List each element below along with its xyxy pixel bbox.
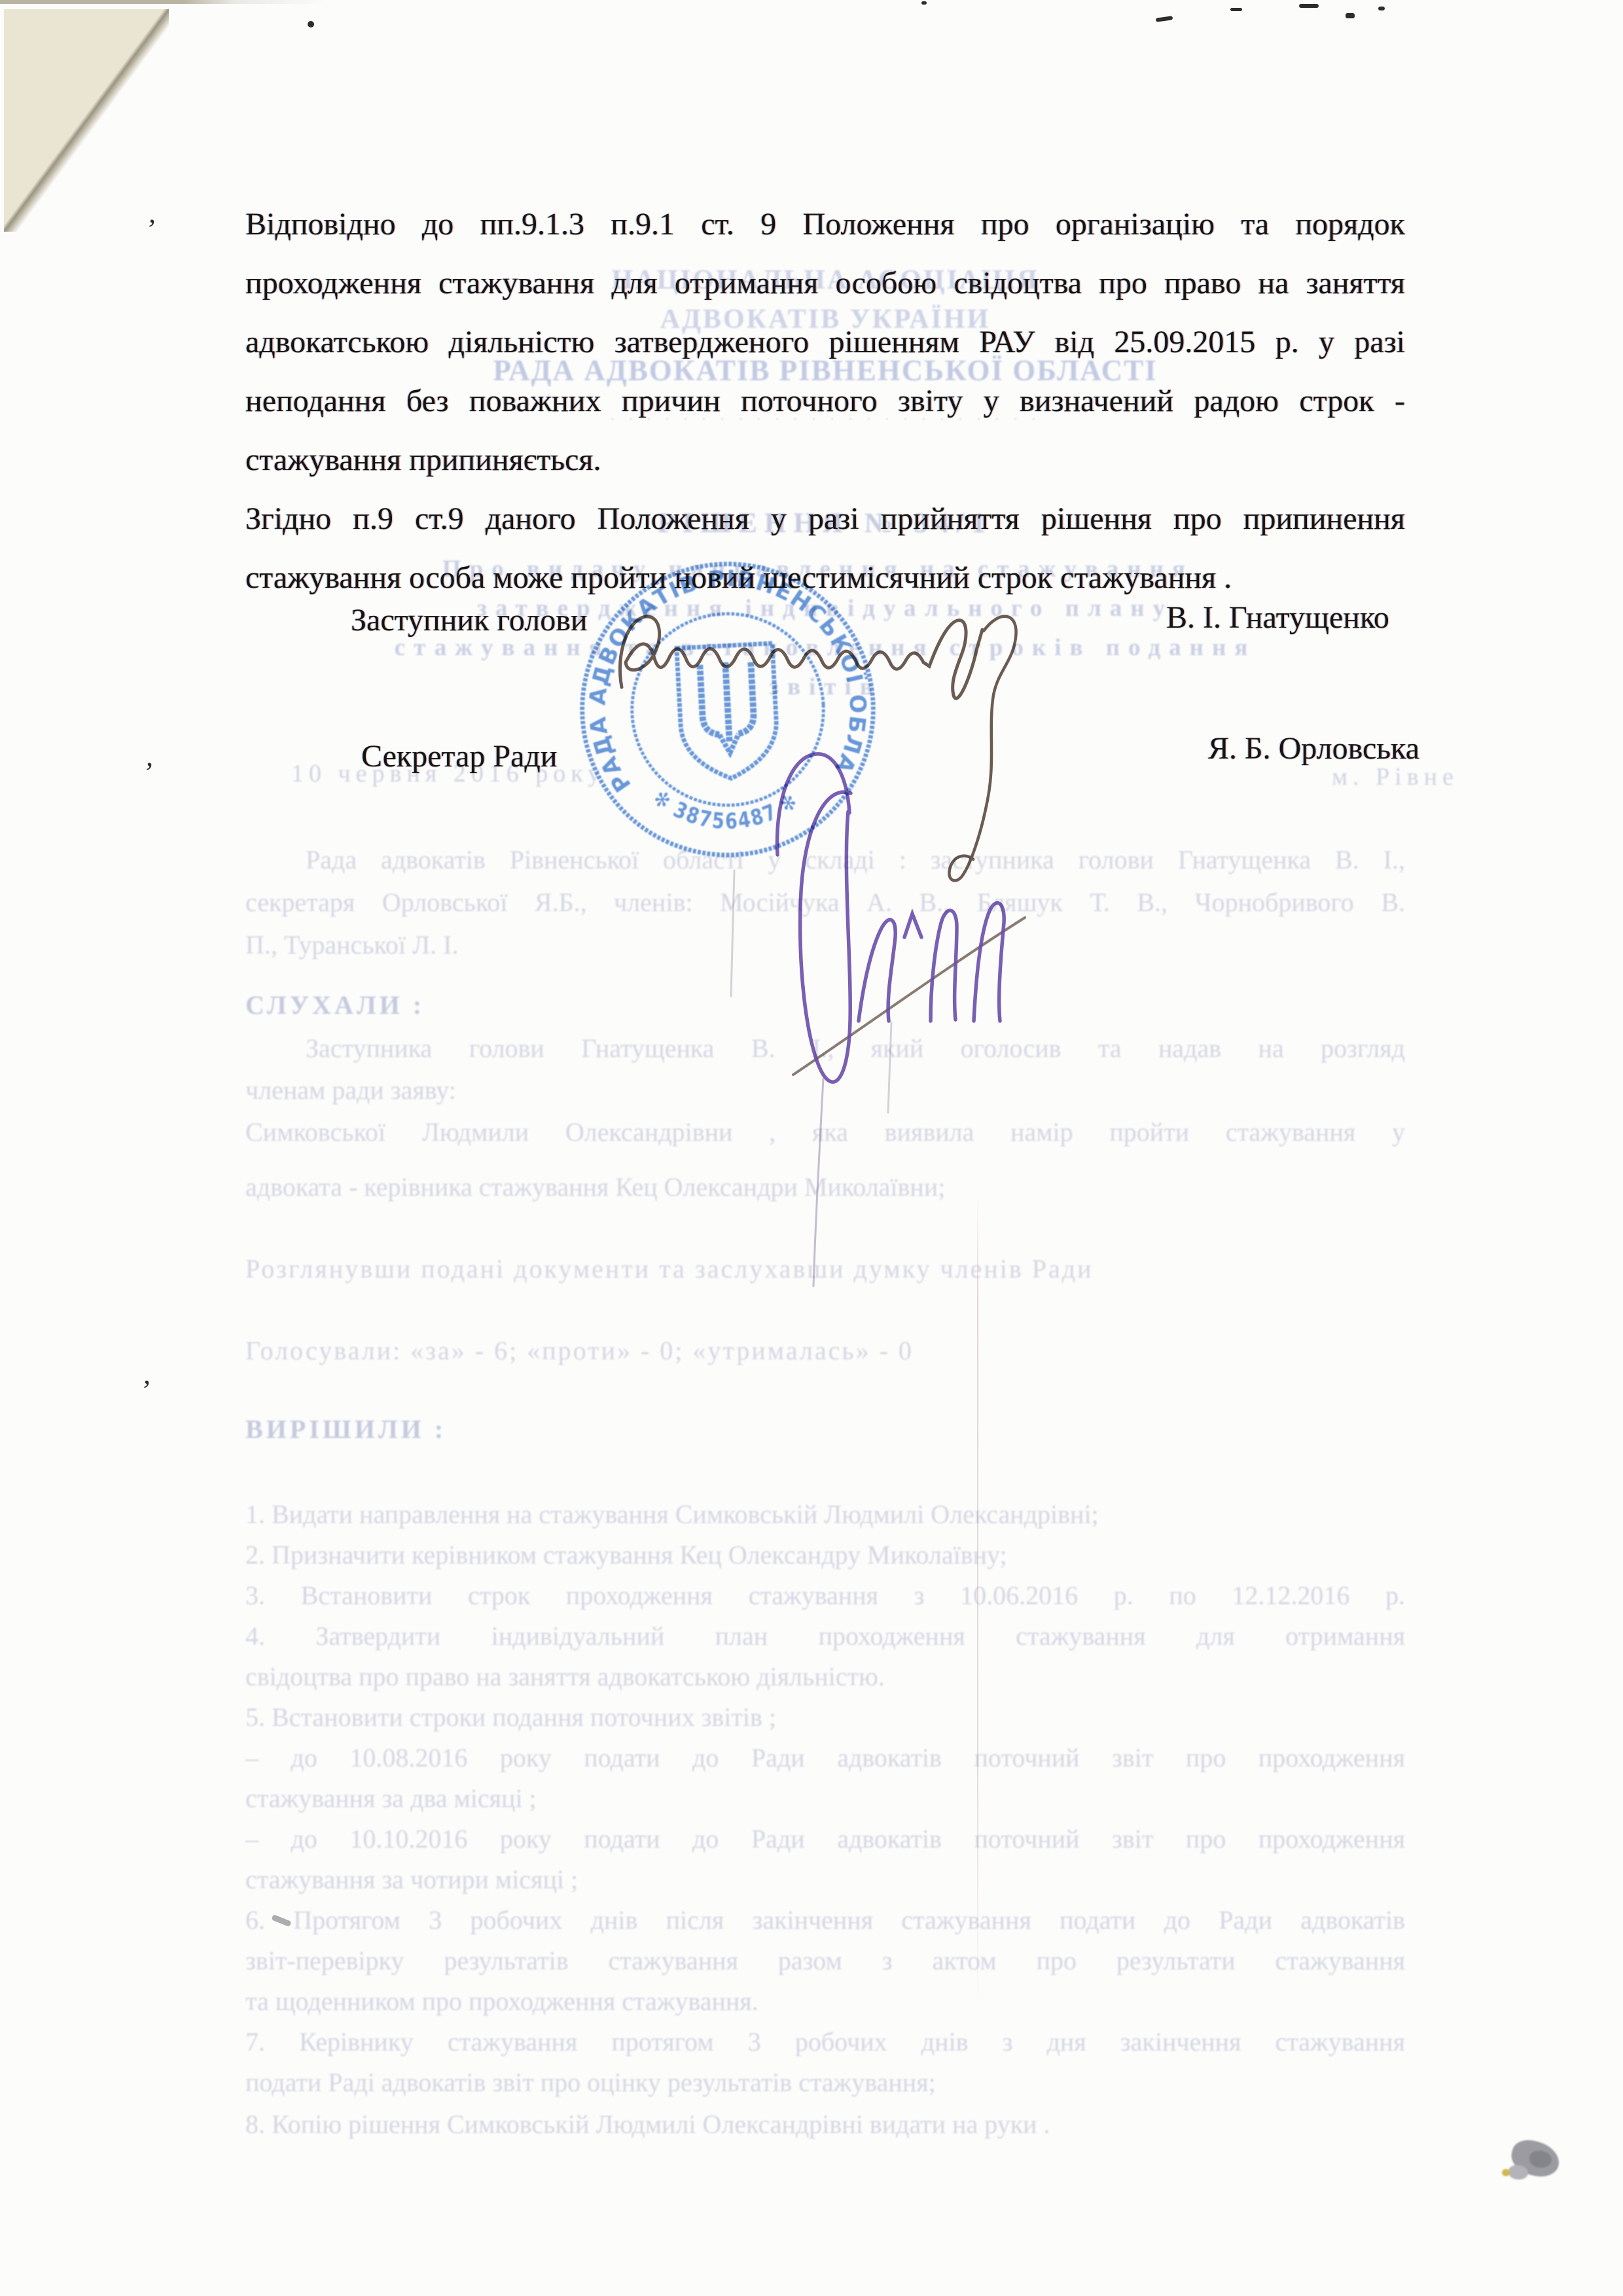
margin-mark: , <box>143 1357 152 1391</box>
paragraph-line: стажування припиняється. <box>245 431 1405 490</box>
signatory-title: Заступник голови <box>351 602 588 638</box>
ghost-list-item: та щоденником про проходження стажування… <box>245 1986 1405 2017</box>
ghost-section-heading: СЛУХАЛИ : <box>245 990 1405 1020</box>
trident-emblem-icon <box>677 643 779 781</box>
ink-speck <box>308 21 314 27</box>
ghost-list-item: звіт-перевірку результатів стажування ра… <box>245 1945 1405 1976</box>
ghost-list-item: 3. Встановити строк проходження стажуван… <box>245 1580 1405 1611</box>
scan-crease-line <box>977 1198 978 2009</box>
typed-text-block: Відповідно до пп.9.1.3 п.9.1 ст. 9 Полож… <box>245 195 1405 607</box>
paragraph-line: адвокатською діяльністю затвердженого рі… <box>245 313 1405 372</box>
ghost-list-item: 8. Копію рішення Симковській Людмилі Оле… <box>245 2109 1405 2140</box>
paragraph-line: Відповідно до пп.9.1.3 п.9.1 ст. 9 Полож… <box>245 195 1405 254</box>
ghost-body-line: секретаря Орловської Я.Б., членів: Мосій… <box>245 887 1405 918</box>
ink-speck <box>1378 7 1385 10</box>
ghost-list-item: 7. Керівнику стажування протягом 3 робоч… <box>245 2026 1405 2057</box>
scanned-document-page: НАЦІОНАЛЬНА АСОЦІАЦІЯ АДВОКАТІВ УКРАЇНИ … <box>0 0 1623 2296</box>
ghost-list-item: 4. Затвердити індивідуальний план проход… <box>245 1621 1405 1651</box>
paragraph-line: неподання без поважних причин поточного … <box>245 372 1405 431</box>
ghost-body-line: П., Туранської Л. І. <box>245 929 1405 960</box>
ink-speck <box>1230 8 1242 11</box>
signatory-title: Секретар Ради <box>361 738 558 774</box>
ghost-body-line: Розглянувши подані документи та заслухав… <box>245 1253 1405 1284</box>
ghost-list-item: 5. Встановити строки подання поточних зв… <box>245 1702 1405 1732</box>
ghost-body-line: членам ради заяву: <box>245 1075 1405 1105</box>
folded-corner-shadow <box>4 9 169 232</box>
ink-speck <box>1346 13 1355 18</box>
signatory-name: В. І. Гнатущенко <box>1166 600 1389 636</box>
paragraph-line: проходження стажування для отримання осо… <box>245 254 1405 313</box>
ghost-list-item: стажування за два місяці ; <box>245 1783 1405 1814</box>
ghost-list-item: 2. Призначити керівником стажування Кец … <box>245 1539 1405 1570</box>
ink-speck <box>921 1 927 5</box>
scan-edge-shadow <box>0 0 1623 4</box>
ghost-list-item: – до 10.10.2016 року подати до Ради адво… <box>245 1823 1405 1854</box>
ghost-list-item: подати Раді адвокатів звіт про оцінку ре… <box>245 2067 1405 2098</box>
ghost-list-item: стажування за чотири місяці ; <box>245 1864 1405 1895</box>
ghost-section-heading: ВИРІШИЛИ : <box>245 1414 1405 1444</box>
ghost-body-line: Заступника голови Гнатущенка В. І., який… <box>245 1033 1405 1064</box>
ghost-body-line: Симковської Людмили Олександрівни , яка … <box>245 1117 1405 1147</box>
gray-smudge <box>1502 2139 1574 2204</box>
ghost-list-item: – до 10.08.2016 року подати до Ради адво… <box>245 1742 1405 1773</box>
ghost-body-line: адвоката - керівника стажування Кец Олек… <box>245 1172 1405 1202</box>
round-official-stamp: РАДА АДВОКАТІВ РІВНЕНСЬКОЇ ОБЛАСТІ ✻ 387… <box>567 548 889 870</box>
ghost-list-item: 6. Протягом 3 робочих днів після закінче… <box>245 1905 1405 1935</box>
margin-mark: , <box>145 740 155 774</box>
ink-speck <box>1156 16 1173 22</box>
signatory-name: Я. Б. Орловська <box>1208 730 1419 766</box>
ghost-place: м. Рівне <box>1332 762 1459 791</box>
pencil-scratch <box>271 1914 291 1928</box>
ghost-list-item: 1. Видати направлення на стажування Симк… <box>245 1499 1405 1530</box>
paragraph-line: Згідно п.9 ст.9 даного Положення у разі … <box>245 490 1405 548</box>
ink-speck <box>1299 4 1319 8</box>
ghost-list-item: свідоцтва про право на заняття адвокатсь… <box>245 1661 1405 1692</box>
ghost-vote-line: Голосували: «за» - 6; «проти» - 0; «утри… <box>245 1335 1405 1366</box>
